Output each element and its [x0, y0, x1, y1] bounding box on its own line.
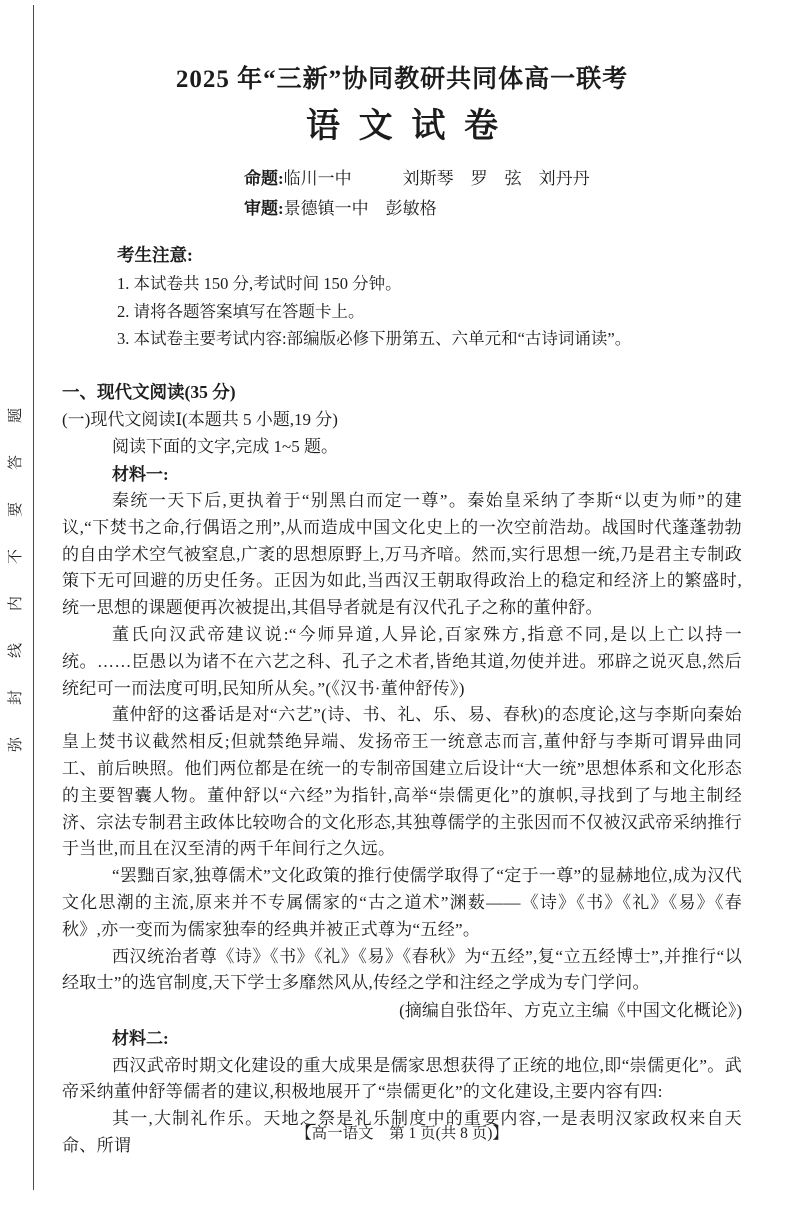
page-footer: 【高一语文 第 1 页(共 8 页)】 — [62, 1121, 742, 1143]
notice-block: 考生注意: 1. 本试卷共 150 分,考试时间 150 分钟。 2. 请将各题… — [117, 240, 742, 353]
setter-names: 临川一中 刘斯琴 罗 弦 刘丹丹 — [284, 169, 590, 188]
material1-paragraph: “罢黜百家,独尊儒术”文化政策的推行使儒学取得了“定于一尊”的显赫地位,成为汉代… — [62, 863, 742, 943]
material1-paragraph: 西汉统治者尊《诗》《书》《礼》《易》《春秋》为“五经”,复“立五经博士”,并推行… — [62, 944, 742, 998]
setter-label: 命题: — [244, 169, 284, 188]
material1-paragraph: 秦统一天下后,更执着于“别黑白而定一尊”。秦始皇采纳了李斯“以吏为师”的建议,“… — [62, 488, 742, 622]
meta-block: 命题:临川一中 刘斯琴 罗 弦 刘丹丹 审题:景德镇一中 彭敏格 — [244, 164, 742, 224]
material1-paragraph: 董仲舒的这番话是对“六艺”(诗、书、礼、乐、易、春秋)的态度论,这与李斯向秦始皇… — [62, 702, 742, 863]
material2-label: 材料二: — [62, 1025, 742, 1053]
paper-title: 语文试卷 — [62, 104, 742, 150]
reading-instruction: 阅读下面的文字,完成 1~5 题。 — [62, 433, 742, 461]
setter-line: 命题:临川一中 刘斯琴 罗 弦 刘丹丹 — [244, 164, 742, 194]
reviewer-names: 景德镇一中 彭敏格 — [284, 199, 437, 218]
reviewer-label: 审题: — [244, 199, 284, 218]
seal-char: 封 — [0, 690, 40, 705]
seal-char: 答 — [0, 455, 40, 470]
seal-char: 要 — [0, 502, 40, 517]
material1-attribution: (摘编自张岱年、方克立主编《中国文化概论》) — [62, 997, 742, 1025]
exam-page: 题 答 要 不 内 线 封 弥 2025 年“三新”协同教研共同体高一联考 语文… — [0, 0, 800, 1215]
seal-char: 内 — [0, 596, 40, 611]
seal-line-text: 题 答 要 不 内 线 封 弥 — [0, 392, 33, 768]
notice-item: 1. 本试卷共 150 分,考试时间 150 分钟。 — [117, 270, 742, 298]
page-content: 2025 年“三新”协同教研共同体高一联考 语文试卷 命题:临川一中 刘斯琴 罗… — [62, 0, 742, 1160]
seal-char: 弥 — [0, 737, 40, 752]
seal-char: 线 — [0, 643, 40, 658]
section-heading: 一、现代文阅读(35 分) — [62, 378, 742, 406]
notice-item: 3. 本试卷主要考试内容:部编版必修下册第五、六单元和“古诗词诵读”。 — [117, 325, 742, 353]
seal-char: 题 — [0, 408, 40, 423]
material2-paragraph: 西汉武帝时期文化建设的重大成果是儒家思想获得了正统的地位,即“崇儒更化”。武帝采… — [62, 1053, 742, 1107]
material1-label: 材料一: — [62, 461, 742, 489]
notice-item: 2. 请将各题答案填写在答题卡上。 — [117, 298, 742, 326]
section-subheading: (一)现代文阅读Ⅰ(本题共 5 小题,19 分) — [62, 406, 742, 434]
notice-heading: 考生注意: — [117, 240, 742, 270]
exam-title: 2025 年“三新”协同教研共同体高一联考 — [62, 62, 742, 98]
material1-paragraph: 董氏向汉武帝建议说:“今师异道,人异论,百家殊方,指意不同,是以上亡以持一统。…… — [62, 622, 742, 702]
seal-char: 不 — [0, 549, 40, 564]
reviewer-line: 审题:景德镇一中 彭敏格 — [244, 194, 742, 224]
